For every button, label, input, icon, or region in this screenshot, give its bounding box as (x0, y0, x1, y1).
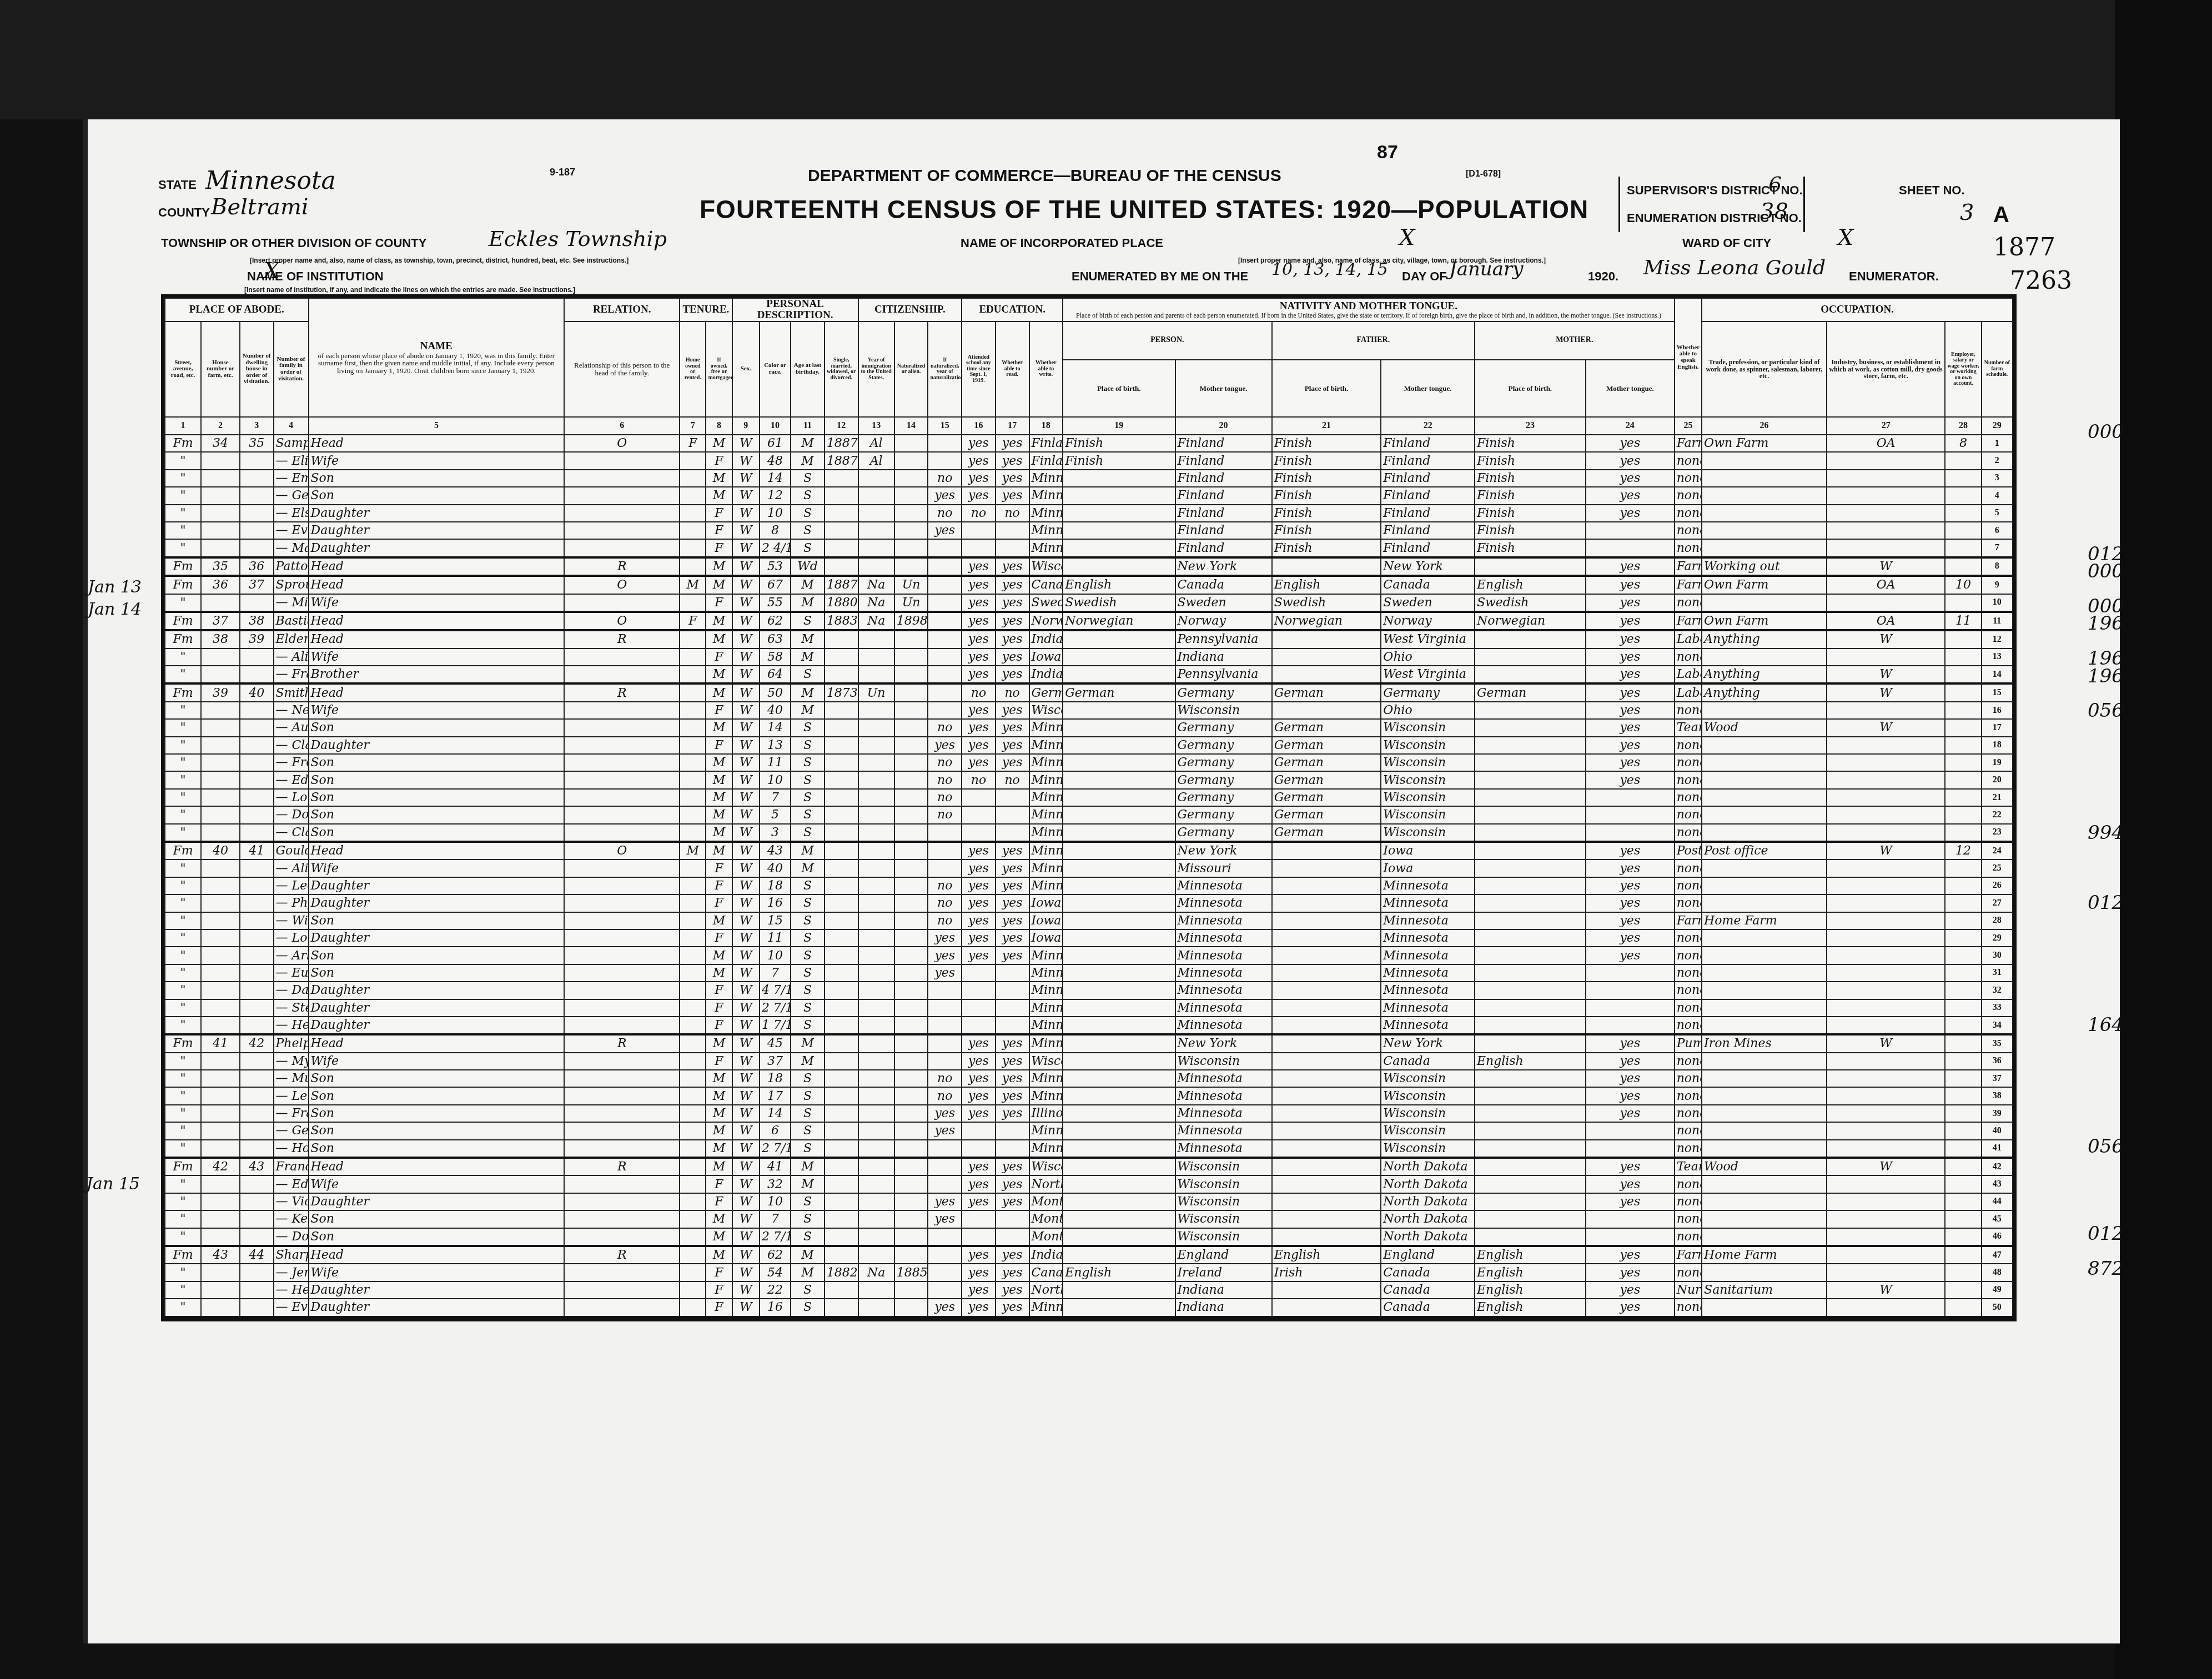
cell-marital: M (791, 842, 825, 859)
table-row: "— LoritaDaughterFW11SyesyesyesIowaMinne… (165, 929, 2013, 947)
cell-tongue (1063, 824, 1175, 842)
cell-house (201, 719, 240, 736)
cell-name: — Phyllis (274, 894, 309, 912)
cell-street: " (165, 1105, 201, 1122)
cell-nat (858, 666, 894, 683)
cell-mtongue (1475, 1158, 1586, 1175)
sheet-label: SHEET NO. (1899, 183, 1965, 198)
cell-employ (1827, 999, 1945, 1017)
cell-fpob: Sweden (1175, 594, 1272, 612)
cell-home (564, 702, 680, 719)
cell-employ (1827, 964, 1945, 982)
cell-mpob: Norway (1381, 612, 1475, 630)
cell-age: 54 (760, 1264, 791, 1281)
column-number: 13 (858, 417, 894, 435)
cell-relation: Daughter (309, 1193, 565, 1210)
cell-nat (858, 1175, 894, 1193)
cell-immig: 1880 (825, 594, 858, 612)
cell-tongue (1063, 771, 1175, 788)
cell-industry (1702, 824, 1827, 842)
cell-family (240, 649, 274, 666)
cell-tongue (1063, 982, 1175, 999)
line-number: 34 (1982, 1017, 2013, 1034)
cell-write: yes (996, 435, 1029, 452)
line-number: 10 (1982, 594, 2013, 612)
cell-nat (858, 982, 894, 999)
cell-natyr: 1898 (894, 612, 928, 630)
header-person: PERSON. (1063, 321, 1271, 360)
cell-name: — Elizabeth (274, 452, 309, 469)
cell-ftongue (1272, 912, 1381, 929)
cell-school: yes (928, 1299, 962, 1316)
cell-read (962, 1210, 996, 1228)
cell-employ (1827, 947, 1945, 964)
cell-farm (1945, 877, 1981, 894)
cell-age: 22 (760, 1281, 791, 1299)
cell-immig (825, 964, 858, 982)
cell-write: yes (996, 594, 1029, 612)
cell-mtongue (1475, 929, 1586, 947)
cell-street: " (165, 789, 201, 806)
cell-street: " (165, 487, 201, 504)
cell-read: yes (962, 1105, 996, 1122)
cell-natyr (894, 557, 928, 576)
cell-house: 40 (201, 842, 240, 859)
cell-marital: M (791, 702, 825, 719)
cell-farm (1945, 487, 1981, 504)
header-father: FATHER. (1272, 321, 1475, 360)
cell-mort (680, 1175, 706, 1193)
cell-immig: 1887 (825, 452, 858, 469)
cell-relation: Head (309, 1246, 565, 1264)
cell-immig (825, 982, 858, 999)
cell-mort (680, 999, 706, 1017)
cell-relation: Son (309, 947, 565, 964)
cell-read: yes (962, 1034, 996, 1052)
cell-employ (1827, 859, 1945, 877)
table-row: "— HelenDaughterFW1 7/12SMinnesotaMinnes… (165, 1017, 2013, 1034)
cell-street: " (165, 877, 201, 894)
cell-farm (1945, 1034, 1981, 1052)
cell-family (240, 522, 274, 539)
cell-farm (1945, 1158, 1981, 1175)
cell-street: " (165, 1193, 201, 1210)
cell-mort (680, 630, 706, 648)
cell-home: O (564, 576, 680, 594)
cell-home (564, 982, 680, 999)
cell-house (201, 1264, 240, 1281)
cell-mort (680, 789, 706, 806)
cell-english: yes (1586, 435, 1675, 452)
cell-school: yes (928, 1193, 962, 1210)
cell-name: — Edyth (274, 1175, 309, 1193)
table-row: "— FrankBrotherMW64SyesyesIndianaPennsyl… (165, 666, 2013, 683)
cell-mpob: North Dakota (1381, 1158, 1475, 1175)
cell-immig (825, 999, 858, 1017)
cell-relation: Son (309, 754, 565, 771)
cell-pob: Iowa (1029, 649, 1063, 666)
cell-read: yes (962, 1087, 996, 1104)
column-number: 7 (680, 417, 706, 435)
cell-farm (1945, 702, 1981, 719)
cell-race: W (732, 929, 760, 947)
cell-street: " (165, 505, 201, 522)
cell-industry: Own Farm (1702, 576, 1827, 594)
cell-employ (1827, 1228, 1945, 1246)
cell-natyr (894, 505, 928, 522)
cell-sex: F (706, 649, 732, 666)
cell-age: 18 (760, 877, 791, 894)
table-row: "— LeonaDaughterFW18SnoyesyesMinnesotaMi… (165, 877, 2013, 894)
cell-ftongue (1272, 877, 1381, 894)
cell-employ: W (1827, 719, 1945, 736)
cell-trade: none (1675, 1264, 1702, 1281)
cell-sex: M (706, 557, 732, 576)
cell-family (240, 929, 274, 947)
cell-immig (825, 719, 858, 736)
cell-english (1586, 824, 1675, 842)
cell-trade: none (1675, 505, 1702, 522)
cell-ftongue (1272, 702, 1381, 719)
cell-trade: none (1675, 539, 1702, 557)
cell-home (564, 539, 680, 557)
table-row: Fm3637Sproul George O.HeadOMMW67M1887NaU… (165, 576, 2013, 594)
cell-tongue (1063, 789, 1175, 806)
cell-mpob: Finland (1381, 522, 1475, 539)
cell-read: yes (962, 894, 996, 912)
cell-marital: M (791, 452, 825, 469)
cell-immig (825, 1228, 858, 1246)
cell-age: 7 (760, 789, 791, 806)
cell-nat (858, 859, 894, 877)
cell-mort (680, 666, 706, 683)
cell-industry: Iron Mines (1702, 1034, 1827, 1052)
cell-mtongue (1475, 719, 1586, 736)
cell-natyr: Un (894, 576, 928, 594)
cell-street: " (165, 964, 201, 982)
cell-mtongue: Finish (1475, 539, 1586, 557)
cell-tongue (1063, 894, 1175, 912)
cell-fpob: Germany (1175, 789, 1272, 806)
cell-ftongue (1272, 649, 1381, 666)
cell-read: yes (962, 1246, 996, 1264)
cell-marital: M (791, 1034, 825, 1052)
cell-school (928, 1017, 962, 1034)
cell-house (201, 1228, 240, 1246)
cell-ftongue (1272, 1122, 1381, 1139)
cell-employ (1827, 1087, 1945, 1104)
line-number: 33 (1982, 999, 2013, 1017)
cell-farm (1945, 964, 1981, 982)
cell-read (962, 964, 996, 982)
header-trade: Trade, profession, or particular kind of… (1702, 321, 1827, 417)
cell-employ (1827, 452, 1945, 469)
cell-name: Bastianson Bastian (274, 612, 309, 630)
cell-school (928, 630, 962, 648)
cell-employ (1827, 1210, 1945, 1228)
cell-sex: M (706, 1158, 732, 1175)
cell-mort: F (680, 435, 706, 452)
cell-home (564, 719, 680, 736)
header-relation-desc: Relationship of this person to the head … (564, 321, 680, 417)
line-number: 7 (1982, 539, 2013, 557)
cell-read: yes (962, 557, 996, 576)
cell-marital: M (791, 594, 825, 612)
cell-street: " (165, 470, 201, 487)
cell-age: 45 (760, 1034, 791, 1052)
cell-family (240, 702, 274, 719)
cell-sex: F (706, 929, 732, 947)
cell-age: 10 (760, 505, 791, 522)
cell-relation: Head (309, 683, 565, 701)
cell-farm: 11 (1945, 612, 1981, 630)
cell-school (928, 557, 962, 576)
line-number: 41 (1982, 1140, 2013, 1158)
cell-relation: Daughter (309, 539, 565, 557)
cell-immig (825, 557, 858, 576)
table-row: "— EdythWifeFW32MyesyesNorth DakotaWisco… (165, 1175, 2013, 1193)
column-number: 2 (201, 417, 240, 435)
cell-name: — George (274, 1122, 309, 1139)
cell-age: 7 (760, 964, 791, 982)
cell-fpob: Indiana (1175, 649, 1272, 666)
cell-age: 10 (760, 947, 791, 964)
cell-tongue (1063, 929, 1175, 947)
cell-trade: Farm Laborer (1675, 912, 1702, 929)
cell-race: W (732, 859, 760, 877)
cell-natyr (894, 947, 928, 964)
cell-english (1586, 1017, 1675, 1034)
cell-mpob: North Dakota (1381, 1193, 1475, 1210)
line-number: 20 (1982, 771, 2013, 788)
table-row: "— EvaDaughterFW8SyesMinnesotaFinlandFin… (165, 522, 2013, 539)
cell-age: 16 (760, 894, 791, 912)
cell-school: no (928, 877, 962, 894)
cell-employ (1827, 702, 1945, 719)
header-person-birthplace: Place of birth. (1063, 360, 1175, 417)
cell-mort (680, 557, 706, 576)
cell-family (240, 789, 274, 806)
cell-home (564, 1193, 680, 1210)
cell-employ (1827, 771, 1945, 788)
cell-read (962, 539, 996, 557)
header-nativity-title: NATIVITY AND MOTHER TONGUE. (1065, 301, 1672, 312)
line-number: 36 (1982, 1053, 2013, 1070)
cell-immig (825, 1105, 858, 1122)
cell-nat (858, 1017, 894, 1034)
table-row: "— WinfieldSonMW15SnoyesyesIowaMinnesota… (165, 912, 2013, 929)
cell-fpob: Minnesota (1175, 1140, 1272, 1158)
cell-school: no (928, 894, 962, 912)
cell-trade: none (1675, 1122, 1702, 1139)
cell-family (240, 1140, 274, 1158)
cell-name: — Clara (274, 737, 309, 754)
cell-write (996, 1017, 1029, 1034)
cell-natyr (894, 487, 928, 504)
cell-street: Fm (165, 435, 201, 452)
scan-border-top (0, 0, 2212, 119)
cell-name: — Leona (274, 877, 309, 894)
cell-family (240, 719, 274, 736)
cell-sex: M (706, 1034, 732, 1052)
line-number: 3 (1982, 470, 2013, 487)
cell-farm (1945, 1264, 1981, 1281)
cell-race: W (732, 505, 760, 522)
cell-tongue (1063, 737, 1175, 754)
cell-farm (1945, 630, 1981, 648)
line-number: 12 (1982, 630, 2013, 648)
cell-name: — Helen (274, 1281, 309, 1299)
cell-natyr (894, 806, 928, 823)
cell-fpob: Wisconsin (1175, 1175, 1272, 1193)
cell-relation: Son (309, 789, 565, 806)
cell-read: yes (962, 912, 996, 929)
cell-relation: Son (309, 1140, 565, 1158)
cell-marital: S (791, 1193, 825, 1210)
line-number: 29 (1982, 929, 2013, 947)
cell-marital: M (791, 649, 825, 666)
cell-mort: M (680, 576, 706, 594)
cell-write: yes (996, 649, 1029, 666)
cell-farm (1945, 539, 1981, 557)
cell-nat (858, 522, 894, 539)
cell-house (201, 539, 240, 557)
cell-immig (825, 771, 858, 788)
cell-ftongue (1272, 964, 1381, 982)
cell-name: — Helen (274, 1017, 309, 1034)
cell-mort (680, 1122, 706, 1139)
cell-name: — Eva (274, 522, 309, 539)
cell-street: Fm (165, 1246, 201, 1264)
header-farm-schedule: Number of farm schedule. (1982, 321, 2013, 417)
cell-industry: Anything (1702, 683, 1827, 701)
cell-ftongue (1272, 859, 1381, 877)
cell-school (928, 576, 962, 594)
cell-name: — Clarence (274, 824, 309, 842)
line-number: 45 (1982, 1210, 2013, 1228)
cell-relation: Head (309, 435, 565, 452)
line-number: 9 (1982, 576, 2013, 594)
cell-nat: Na (858, 576, 894, 594)
column-number: 21 (1272, 417, 1381, 435)
cell-home (564, 947, 680, 964)
table-row: Fm4243Francis George S.HeadRMW41MyesyesW… (165, 1158, 2013, 1175)
cell-tongue: English (1063, 1264, 1175, 1281)
cell-mtongue (1475, 1105, 1586, 1122)
cell-mort (680, 912, 706, 929)
cell-sex: F (706, 894, 732, 912)
cell-ftongue (1272, 1087, 1381, 1104)
header-street: Street, avenue, road, etc. (165, 321, 201, 417)
cell-immig (825, 947, 858, 964)
cell-sex: M (706, 1070, 732, 1087)
cell-mtongue: Finish (1475, 505, 1586, 522)
cell-race: W (732, 1193, 760, 1210)
form-id: [D1-678] (1466, 169, 1501, 179)
cell-marital: S (791, 877, 825, 894)
cell-farm (1945, 929, 1981, 947)
cell-read: yes (962, 1264, 996, 1281)
cell-marital: M (791, 1175, 825, 1193)
cell-street: " (165, 824, 201, 842)
cell-english (1586, 999, 1675, 1017)
cell-street: " (165, 912, 201, 929)
column-number: 27 (1827, 417, 1945, 435)
cell-farm (1945, 982, 1981, 999)
cell-school (928, 842, 962, 859)
cell-name: — Violet (274, 1193, 309, 1210)
cell-natyr (894, 859, 928, 877)
cell-house (201, 1017, 240, 1034)
cell-ftongue (1272, 666, 1381, 683)
cell-race: W (732, 789, 760, 806)
cell-race: W (732, 912, 760, 929)
cell-english: yes (1586, 1034, 1675, 1052)
cell-fpob: Pennsylvania (1175, 666, 1272, 683)
cell-mpob: Wisconsin (1381, 719, 1475, 736)
cell-fpob: Ireland (1175, 1264, 1272, 1281)
cell-street: " (165, 1210, 201, 1228)
cell-mtongue (1475, 1034, 1586, 1052)
cell-tongue: Finish (1063, 452, 1175, 469)
cell-family: 35 (240, 435, 274, 452)
cell-pob: Illinois (1029, 1105, 1063, 1122)
cell-employ (1827, 806, 1945, 823)
cell-home (564, 470, 680, 487)
cell-nat (858, 1105, 894, 1122)
cell-write: yes (996, 1281, 1029, 1299)
cell-industry (1702, 522, 1827, 539)
cell-immig (825, 1299, 858, 1316)
cell-sex: F (706, 737, 732, 754)
table-row: "— ArloSonMW10SyesyesyesMinnesotaMinneso… (165, 947, 2013, 964)
cell-sex: M (706, 912, 732, 929)
cell-house (201, 470, 240, 487)
cell-write (996, 1228, 1029, 1246)
cell-immig (825, 912, 858, 929)
cell-family (240, 912, 274, 929)
cell-home: R (564, 1158, 680, 1175)
cell-tongue (1063, 754, 1175, 771)
cell-home: R (564, 630, 680, 648)
cell-marital: S (791, 1281, 825, 1299)
form-code: 9-187 (550, 167, 575, 178)
cell-farm (1945, 999, 1981, 1017)
cell-ftongue (1272, 557, 1381, 576)
table-row: Fm4344Sharples James T.HeadRMW62MyesyesI… (165, 1246, 2013, 1264)
cell-race: W (732, 683, 760, 701)
table-row: "— ElizabethWifeFW48M1887AlyesyesFinland… (165, 452, 2013, 469)
cell-marital: S (791, 1087, 825, 1104)
cell-mpob: Minnesota (1381, 912, 1475, 929)
cell-sex: F (706, 999, 732, 1017)
cell-write: yes (996, 576, 1029, 594)
cell-mpob: West Virginia (1381, 666, 1475, 683)
cell-home (564, 824, 680, 842)
cell-home (564, 1017, 680, 1034)
cell-tongue (1063, 1299, 1175, 1316)
cell-marital: S (791, 964, 825, 982)
cell-farm (1945, 737, 1981, 754)
cell-name: — Murray (274, 1070, 309, 1087)
cell-school (928, 683, 962, 701)
margin-note-jan15: Jan 15 (86, 1174, 140, 1194)
cell-age: 2 7/12 (760, 999, 791, 1017)
cell-fpob: Finland (1175, 522, 1272, 539)
cell-nat (858, 877, 894, 894)
cell-tongue (1063, 1140, 1175, 1158)
cell-english: yes (1586, 612, 1675, 630)
